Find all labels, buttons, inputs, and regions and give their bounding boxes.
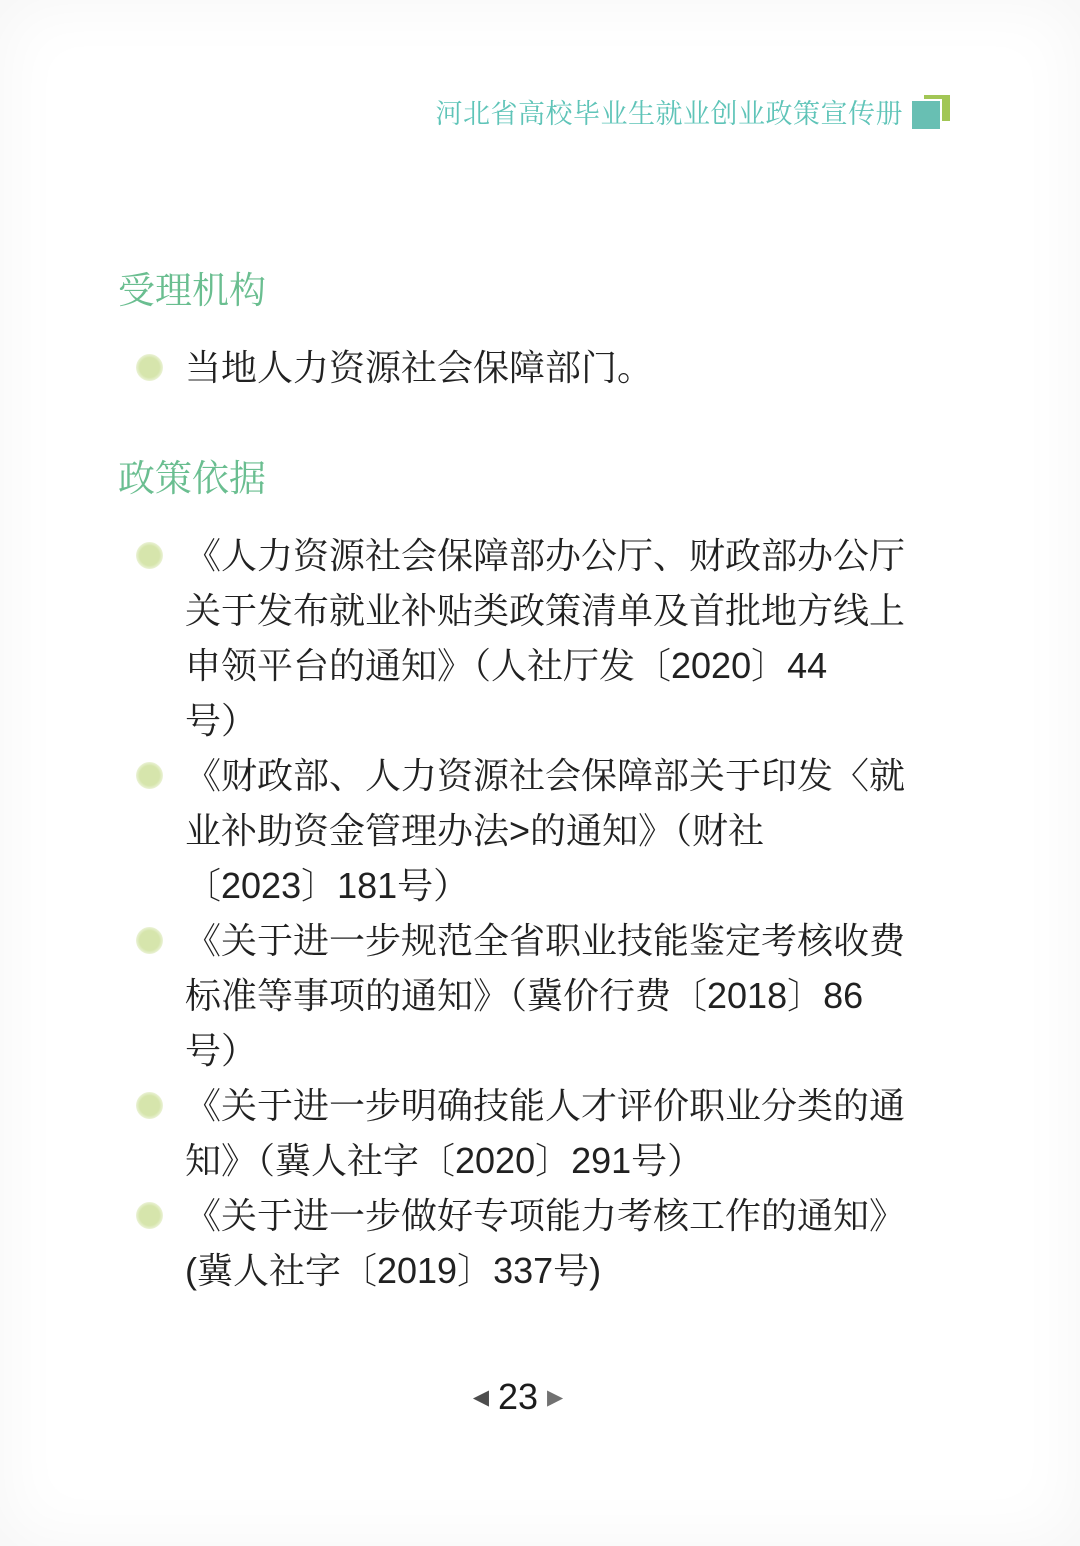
list-item-text: 《关于进一步做好专项能力考核工作的通知》 [185,1188,958,1243]
section-heading-accepting-agency: 受理机构 [118,269,958,313]
next-page-icon[interactable]: ▶ [547,1387,563,1408]
bullet-dot-icon [136,542,163,569]
page-header: 河北省高校毕业生就业创业政策宣传册 [436,92,953,131]
page-footer: ◀ 23 ▶ [0,1376,1058,1418]
list-item-text: (冀人社字〔2019〕337号) [185,1243,958,1298]
list-item-text: 号） [185,1023,958,1078]
list-item-text: 标准等事项的通知》（冀价行费〔2018〕86 [185,968,958,1023]
section-heading-policy-basis: 政策依据 [118,457,958,501]
list-item-text: 申领平台的通知》（人社厅发〔2020〕44 [185,638,958,693]
list-item: 《人力资源社会保障部办公厅、财政部办公厅 关于发布就业补贴类政策清单及首批地方线… [118,528,958,748]
list-item-text: 号） [185,693,958,748]
prev-page-icon[interactable]: ◀ [473,1387,489,1408]
section-policy-basis: 政策依据 《人力资源社会保障部办公厅、财政部办公厅 关于发布就业补贴类政策清单及… [118,457,958,1298]
pamphlet-page: 河北省高校毕业生就业创业政策宣传册 受理机构 当地人力资源社会保障部门。 政策依… [0,0,1080,1546]
page-number: 23 [498,1376,538,1418]
bullet-dot-icon [136,927,163,954]
bullet-dot-icon [136,762,163,789]
list-item-text: 《关于进一步明确技能人才评价职业分类的通 [185,1078,958,1133]
bullet-dot-icon [136,354,163,381]
list-item-text: 业补助资金管理办法>的通知》（财社 [185,803,958,858]
section-accepting-agency: 受理机构 当地人力资源社会保障部门。 [118,269,958,395]
page-content: 受理机构 当地人力资源社会保障部门。 政策依据 《人力资源社会保障部办公厅、财政… [118,269,958,1298]
list-item-text: 当地人力资源社会保障部门。 [185,340,958,395]
bullet-dot-icon [136,1202,163,1229]
overlapping-squares-icon [912,93,952,131]
list-item: 《关于进一步规范全省职业技能鉴定考核收费 标准等事项的通知》（冀价行费〔2018… [118,913,958,1078]
list-item: 《财政部、人力资源社会保障部关于印发〈就 业补助资金管理办法>的通知》（财社 〔… [118,748,958,913]
list-item: 当地人力资源社会保障部门。 [118,340,958,395]
list-item-text: 关于发布就业补贴类政策清单及首批地方线上 [185,583,958,638]
policy-basis-list: 《人力资源社会保障部办公厅、财政部办公厅 关于发布就业补贴类政策清单及首批地方线… [118,528,958,1298]
list-item-text: 〔2023〕181号） [185,858,958,913]
accepting-agency-list: 当地人力资源社会保障部门。 [118,340,958,395]
logo-teal-square [912,101,940,129]
list-item-text: 《财政部、人力资源社会保障部关于印发〈就 [185,748,958,803]
list-item: 《关于进一步做好专项能力考核工作的通知》 (冀人社字〔2019〕337号) [118,1188,958,1298]
bullet-dot-icon [136,1092,163,1119]
list-item-text: 《关于进一步规范全省职业技能鉴定考核收费 [185,913,958,968]
list-item-text: 知》（冀人社字〔2020〕291号） [185,1133,958,1188]
list-item: 《关于进一步明确技能人才评价职业分类的通 知》（冀人社字〔2020〕291号） [118,1078,958,1188]
list-item-text: 《人力资源社会保障部办公厅、财政部办公厅 [185,528,958,583]
header-title: 河北省高校毕业生就业创业政策宣传册 [436,92,904,131]
